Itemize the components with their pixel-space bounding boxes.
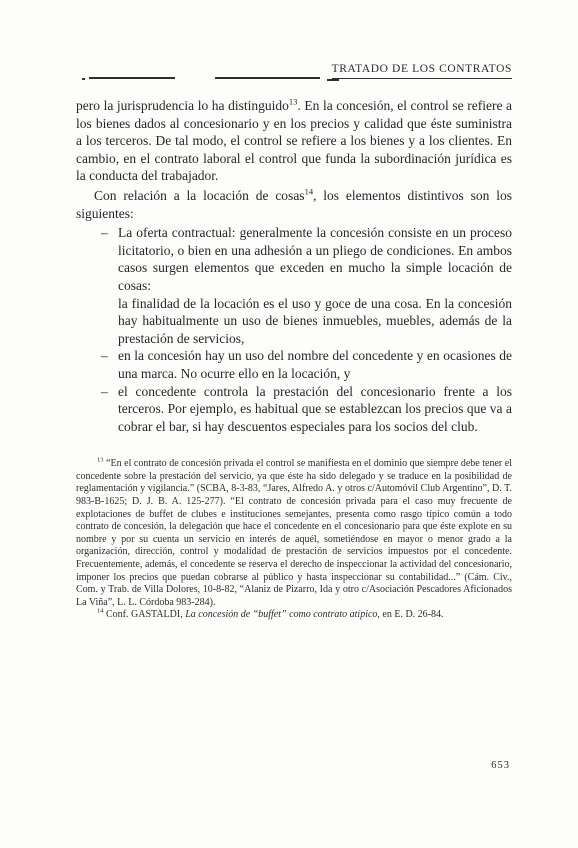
footnote-ref-14: 14 — [305, 186, 314, 196]
footnote-marker: 14 — [97, 608, 104, 615]
header-dot-artifact — [82, 78, 85, 80]
list-item-text: el concedente controla la prestación del… — [118, 383, 512, 436]
page-body: pero la jurisprudencia lo ha distinguido… — [76, 97, 512, 435]
paragraph-text: pero la jurisprudencia lo ha distinguido — [76, 98, 289, 113]
list-item-body: La oferta contractual: generalmente la c… — [118, 224, 512, 347]
distinctive-elements-list: – La oferta contractual: generalmente la… — [76, 224, 512, 435]
footnote-14: 14 Conf. GASTALDI, La concesión de “buff… — [76, 609, 512, 622]
footnote-13: 13 “En el contrato de concesión privada … — [76, 458, 512, 609]
header-rule-middle — [215, 77, 320, 79]
list-item: – el concedente controla la prestación d… — [76, 383, 512, 436]
paragraph-text: Con relación a la locación de cosas — [94, 188, 305, 203]
list-item-body: el concedente controla la prestación del… — [118, 383, 512, 436]
footnote-marker: 13 — [97, 457, 104, 464]
list-item: – La oferta contractual: generalmente la… — [76, 224, 512, 347]
list-item-text: La oferta contractual: generalmente la c… — [118, 224, 512, 294]
header-rule-short — [327, 79, 339, 81]
footnotes-section: 13 “En el contrato de concesión privada … — [76, 458, 512, 622]
footnote-text: , en E. D. 26-84. — [377, 609, 443, 620]
book-page: TRATADO DE LOS CONTRATOS pero la jurispr… — [0, 0, 578, 848]
footnote-text: Conf. GASTALDI, — [106, 609, 185, 620]
header-rule-left — [89, 77, 175, 79]
running-header: TRATADO DE LOS CONTRATOS — [76, 62, 512, 92]
dash-bullet: – — [101, 224, 118, 347]
dash-bullet: – — [101, 383, 118, 436]
paragraph-locacion-intro: Con relación a la locación de cosas14, l… — [76, 187, 512, 222]
page-number: 653 — [491, 760, 510, 771]
list-item-text: la finalidad de la locación es el uso y … — [118, 295, 512, 348]
dash-bullet: – — [101, 347, 118, 382]
list-item-body: en la concesión hay un uso del nombre de… — [118, 347, 512, 382]
list-item: – en la concesión hay un uso del nombre … — [76, 347, 512, 382]
list-item-text: en la concesión hay un uso del nombre de… — [118, 347, 512, 382]
paragraph-concession-control: pero la jurisprudencia lo ha distinguido… — [76, 97, 512, 185]
footnote-text: “En el contrato de concesión privada el … — [76, 458, 512, 608]
running-title: TRATADO DE LOS CONTRATOS — [332, 63, 512, 79]
footnote-work-title: La concesión de “buffet” como contrato a… — [185, 609, 377, 620]
